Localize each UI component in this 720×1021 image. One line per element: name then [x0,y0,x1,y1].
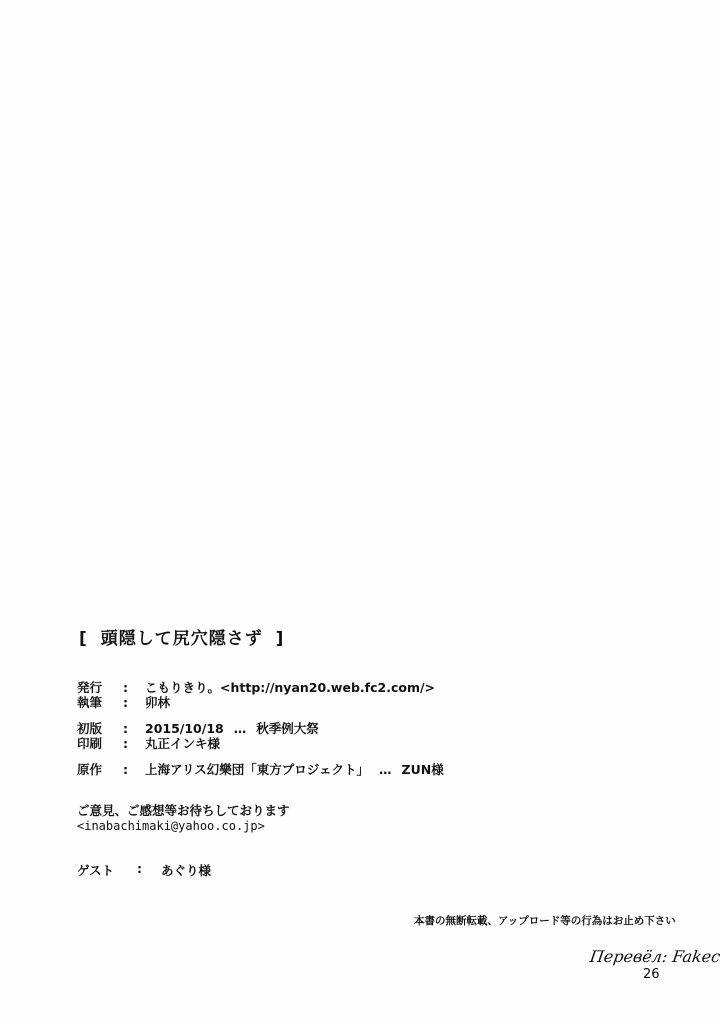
guest-label: ゲスト [77,861,137,879]
guest-row: ゲスト : あぐり様 [77,861,211,879]
printer-row: 印刷 : 丸正インキ様 [77,736,220,751]
first-edition-colon: : [123,721,145,736]
title-bracket-open: [ [79,629,88,649]
feedback-message: ご意見、ご感想等お待ちしております [77,803,290,818]
original-work-value: 上海アリス幻樂団「東方プロジェクト」…ZUN様 [145,762,444,777]
translator-credit: Перевёл: Fakecun [589,947,720,966]
publisher-colon: : [123,680,145,695]
title-bracket-close: ] [276,629,285,649]
first-edition-row: 初版 : 2015/10/18…秋季例大祭 [77,721,319,736]
guest-colon: : [137,861,161,879]
colophon-page: [ 頭隠して尻穴隠さず ] 発行 : こもりきり。<http://nyan20.… [0,0,720,1021]
first-edition-separator: … [234,721,247,736]
original-work-separator: … [379,762,392,777]
contact-email-text: <inabachimaki@yahoo.co.jp> [77,819,265,833]
printer-colon: : [123,736,145,751]
book-title: [ 頭隠して尻穴隠さず ] [73,624,290,649]
original-work-label: 原作 [77,762,123,777]
author-value: 卯林 [145,695,170,710]
printer-label: 印刷 [77,736,123,751]
title-text: 頭隠して尻穴隠さず [101,629,263,649]
publisher-value: こもりきり。<http://nyan20.web.fc2.com/> [145,680,435,695]
first-edition-value: 2015/10/18…秋季例大祭 [145,721,319,736]
original-work-row: 原作 : 上海アリス幻樂団「東方プロジェクト」…ZUN様 [77,762,444,777]
original-work-colon: : [123,762,145,777]
first-edition-label: 初版 [77,721,123,736]
publisher-row: 発行 : こもりきり。<http://nyan20.web.fc2.com/> [77,680,435,695]
first-edition-event: 秋季例大祭 [256,721,319,736]
contact-email: <inabachimaki@yahoo.co.jp> [77,818,265,834]
guest-value: あぐり様 [161,861,211,879]
page-number: 26 [643,967,660,982]
original-work-creator: ZUN様 [402,762,444,777]
author-colon: : [123,695,145,710]
first-edition-date: 2015/10/18 [145,721,224,736]
author-label: 執筆 [77,695,123,710]
reproduction-notice: 本書の無断転載、アップロード等の行為はお止め下さい [414,913,676,928]
printer-value: 丸正インキ様 [145,736,220,751]
author-row: 執筆 : 卯林 [77,695,170,710]
publisher-label: 発行 [77,680,123,695]
original-work-title: 上海アリス幻樂団「東方プロジェクト」 [145,762,369,777]
